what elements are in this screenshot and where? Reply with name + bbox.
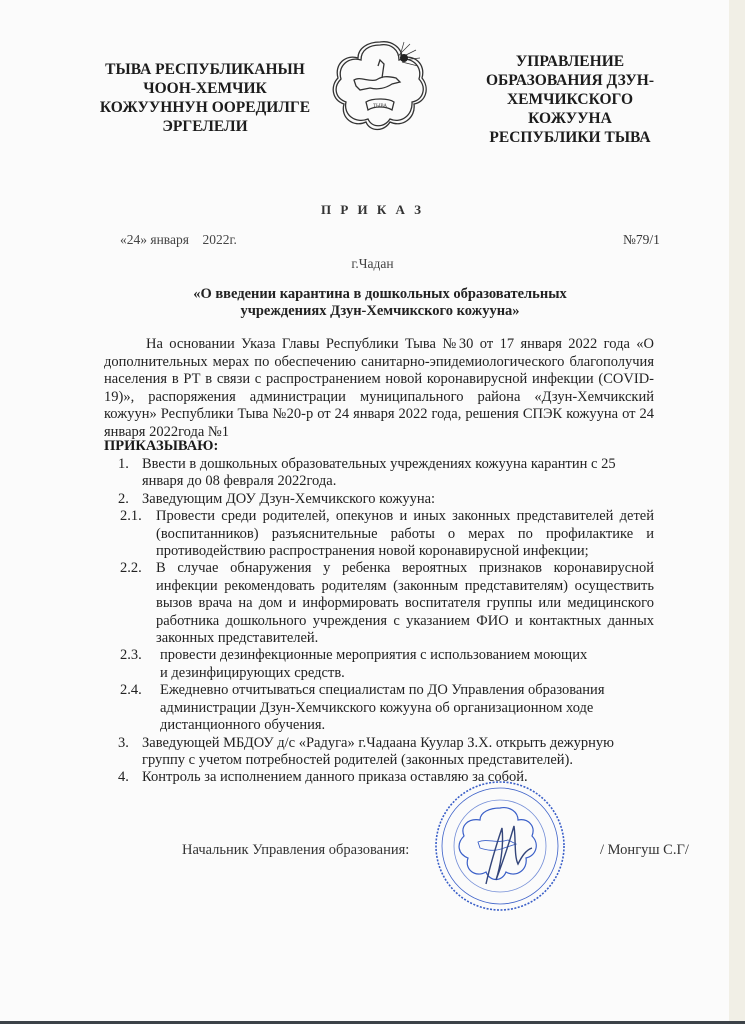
- header-left-line: ЭРГЕЛЕЛИ: [95, 117, 315, 136]
- official-stamp-icon: [430, 776, 570, 916]
- header-right-org: УПРАВЛЕНИЕ ОБРАЗОВАНИЯ ДЗУН- ХЕМЧИКСКОГО…: [470, 52, 670, 147]
- document-type-title: П Р И К А З: [0, 202, 745, 218]
- item-text: Заведующей МБДОУ д/с «Радуга» г.Чадаана …: [142, 735, 614, 768]
- subject-line: «О введении карантина в дошкольных образ…: [150, 286, 610, 303]
- header-right-line: УПРАВЛЕНИЕ: [470, 52, 670, 71]
- header-left-org: ТЫВА РЕСПУБЛИКАНЫН ЧООН-ХЕМЧИК КОЖУУННУН…: [95, 60, 315, 136]
- order-items-list: 1. Ввести в дошкольных образовательных у…: [104, 456, 654, 787]
- header-left-line: КОЖУУННУН ООРЕДИЛГЕ: [95, 98, 315, 117]
- document-city: г.Чадан: [0, 256, 745, 272]
- header-right-line: КОЖУУНА: [470, 109, 670, 128]
- item-text: Заведующим ДОУ Дзун-Хемчикского кожууна:: [142, 491, 435, 507]
- subitem-text: Ежедневно отчитываться специалистам по Д…: [160, 682, 626, 734]
- subitem-number: 2.2.: [120, 560, 142, 577]
- subitem-text: В случае обнаружения у ребенка вероятных…: [156, 560, 654, 647]
- subitem-number: 2.1.: [120, 508, 142, 525]
- document-date: «24» января 2022г.: [120, 232, 237, 248]
- preamble-paragraph: На основании Указа Главы Республики Тыва…: [104, 336, 654, 442]
- item-number: 1.: [118, 456, 129, 473]
- document-subject: «О введении карантина в дошкольных образ…: [150, 286, 610, 320]
- item-text: Ввести в дошкольных образовательных учре…: [142, 456, 616, 489]
- subitem-number: 2.3.: [120, 647, 142, 664]
- order-subitem: 2.2. В случае обнаружения у ребенка веро…: [128, 560, 654, 647]
- header-left-line: ЧООН-ХЕМЧИК: [95, 79, 315, 98]
- order-item: 2. Заведующим ДОУ Дзун-Хемчикского кожуу…: [104, 491, 654, 508]
- order-subitem: 2.4. Ежедневно отчитываться специалистам…: [128, 682, 626, 734]
- signatory-name: / Монгуш С.Г/: [600, 842, 689, 859]
- order-subitem: 2.3. провести дезинфекционные мероприяти…: [128, 647, 596, 682]
- svg-text:ТЫВА: ТЫВА: [373, 104, 387, 109]
- page-edge-shadow: [729, 0, 745, 1024]
- order-item: 3. Заведующей МБДОУ д/с «Радуга» г.Чадаа…: [104, 735, 622, 770]
- header-left-line: ТЫВА РЕСПУБЛИКАНЫН: [95, 60, 315, 79]
- order-item: 1. Ввести в дошкольных образовательных у…: [104, 456, 654, 491]
- subject-line: учреждениях Дзун-Хемчикского кожууна»: [150, 303, 610, 320]
- header-right-line: ОБРАЗОВАНИЯ ДЗУН-: [470, 71, 670, 90]
- item-number: 3.: [118, 735, 129, 752]
- subitem-number: 2.4.: [120, 682, 142, 699]
- subitem-text: Провести среди родителей, опекунов и ины…: [156, 508, 654, 560]
- order-heading: ПРИКАЗЫВАЮ:: [104, 438, 218, 455]
- subitem-text: провести дезинфекционные мероприятия с и…: [160, 647, 596, 682]
- signatory-position: Начальник Управления образования:: [182, 842, 409, 859]
- order-subitem: 2.1. Провести среди родителей, опекунов …: [128, 508, 654, 560]
- item-number: 2.: [118, 491, 129, 508]
- header-right-line: ХЕМЧИКСКОГО: [470, 90, 670, 109]
- order-item: 4. Контроль за исполнением данного прика…: [104, 769, 654, 786]
- tuva-emblem-icon: ТЫВА: [330, 36, 430, 136]
- document-number: №79/1: [623, 232, 660, 248]
- item-number: 4.: [118, 769, 129, 786]
- header-right-line: РЕСПУБЛИКИ ТЫВА: [470, 128, 670, 147]
